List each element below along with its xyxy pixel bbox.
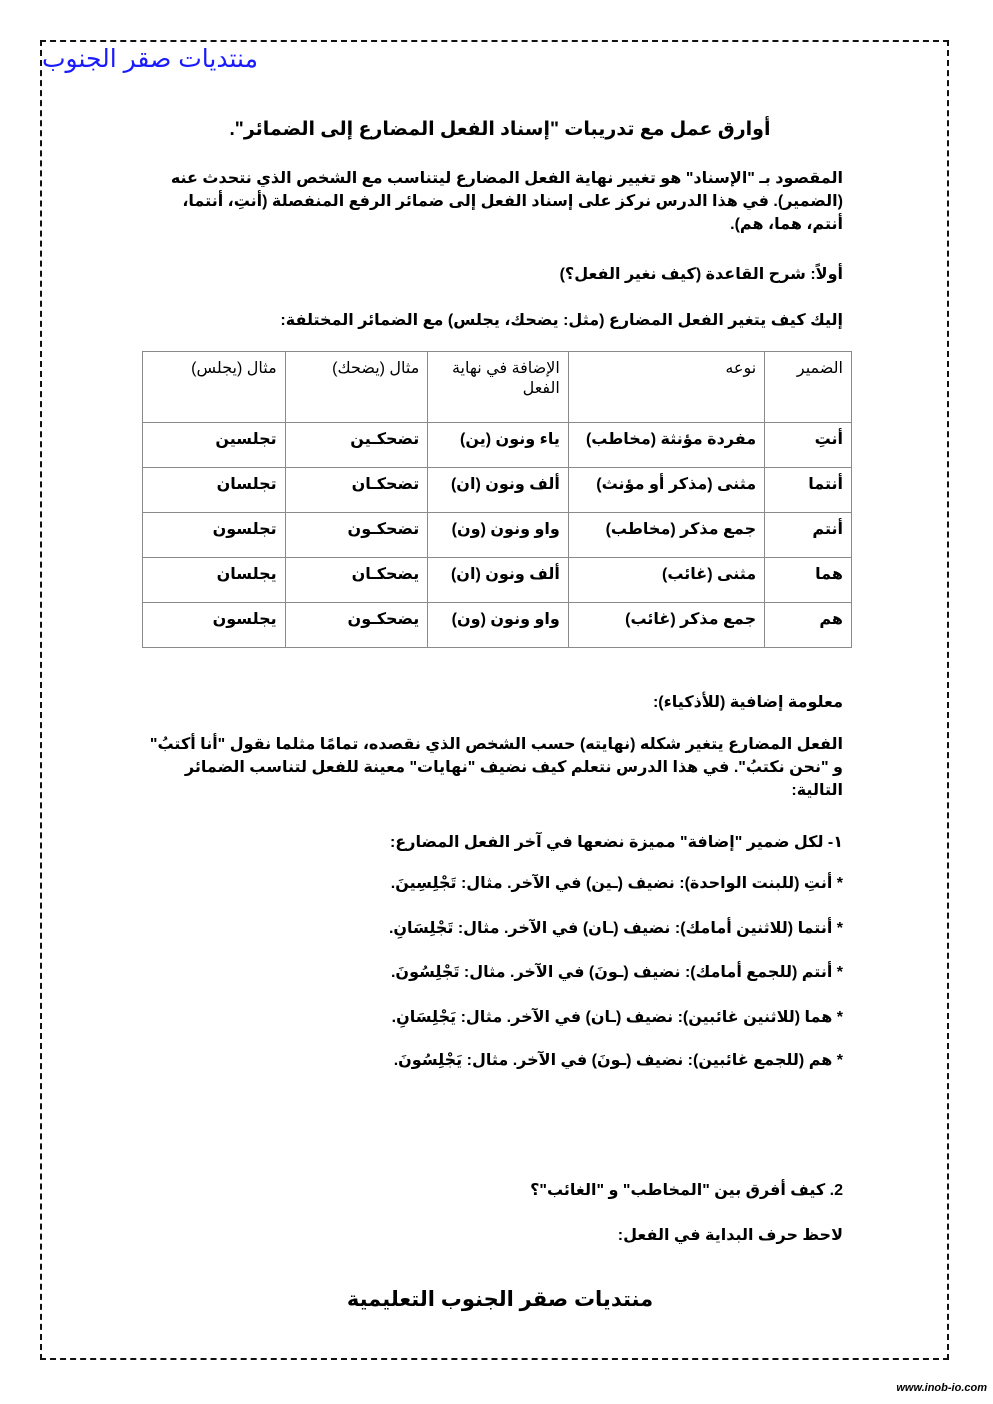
cell-suffix: ألف ونون (ان) xyxy=(428,558,569,603)
cell-example-sit: تجلسين xyxy=(143,423,286,468)
definition-paragraph: المقصود بـ "الإسناد" هو تغيير نهاية الفع… xyxy=(143,167,843,236)
cell-example-sit: تجلسون xyxy=(143,513,286,558)
cell-example-laugh: يضحكـون xyxy=(285,603,428,648)
cell-example-laugh: تضحكـون xyxy=(285,513,428,558)
cell-suffix: ياء ونون (ين) xyxy=(428,423,569,468)
table-row: أنتما مثنى (مذكر أو مؤنث) ألف ونون (ان) … xyxy=(143,468,852,513)
rule-list-item: * هم (للجمع غائبين): نضيف (ـونَ) في الآخ… xyxy=(394,1050,843,1070)
section-heading-rule: أولاً: شرح القاعدة (كيف نغير الفعل؟) xyxy=(560,264,843,284)
header-pronoun: الضمير xyxy=(765,352,852,423)
header-example-laugh: مثال (يضحك) xyxy=(285,352,428,423)
cell-type: مفردة مؤنثة (مخاطب) xyxy=(568,423,764,468)
table-intro: إليك كيف يتغير الفعل المضارع (مثل: يضحك،… xyxy=(280,310,843,330)
rule-list-item: * أنتم (للجمع أمامك): نضيف (ـونَ) في الآ… xyxy=(391,962,843,982)
brand-header: منتديات صقر الجنوب xyxy=(42,42,258,76)
rule-list-item: * أنتِ (للبنت الواحدة): نضيف (ـين) في ال… xyxy=(391,873,843,893)
cell-pronoun: أنتما xyxy=(765,468,852,513)
cell-example-laugh: يضحكـان xyxy=(285,558,428,603)
extra-info-paragraph: الفعل المضارع يتغير شكله (نهايته) حسب ال… xyxy=(143,733,843,802)
cell-example-laugh: تضحكـين xyxy=(285,423,428,468)
cell-example-laugh: تضحكـان xyxy=(285,468,428,513)
header-example-sit: مثال (يجلس) xyxy=(143,352,286,423)
page-title: أوارق عمل مع تدريبات "إسناد الفعل المضار… xyxy=(180,118,820,141)
cell-type: مثنى (مذكر أو مؤنث) xyxy=(568,468,764,513)
cell-suffix: واو ونون (ون) xyxy=(428,513,569,558)
rule-list-item: * هما (للاثنين غائبين): نضيف (ـان) في ال… xyxy=(392,1007,843,1027)
table-row: هما مثنى (غائب) ألف ونون (ان) يضحكـان يج… xyxy=(143,558,852,603)
extra-info-heading: معلومة إضافية (للأذكياء): xyxy=(653,692,843,712)
cell-pronoun: هم xyxy=(765,603,852,648)
cell-suffix: ألف ونون (ان) xyxy=(428,468,569,513)
rule-list-item: * أنتما (للاثنين أمامك): نضيف (ـان) في ا… xyxy=(389,918,843,938)
rule-list-heading: ١- لكل ضمير "إضافة" مميزة نضعها في آخر ا… xyxy=(390,832,843,852)
header-type: نوعه xyxy=(568,352,764,423)
cell-example-sit: يجلسان xyxy=(143,558,286,603)
cell-suffix: واو ونون (ون) xyxy=(428,603,569,648)
cell-pronoun: أنتِ xyxy=(765,423,852,468)
cell-type: جمع مذكر (مخاطب) xyxy=(568,513,764,558)
table-header-row: الضمير نوعه الإضافة في نهاية الفعل مثال … xyxy=(143,352,852,423)
site-url: www.inob-io.com xyxy=(896,1382,987,1394)
table-row: أنتِ مفردة مؤنثة (مخاطب) ياء ونون (ين) ت… xyxy=(143,423,852,468)
cell-pronoun: هما xyxy=(765,558,852,603)
table-row: أنتم جمع مذكر (مخاطب) واو ونون (ون) تضحك… xyxy=(143,513,852,558)
cell-type: جمع مذكر (غائب) xyxy=(568,603,764,648)
cell-pronoun: أنتم xyxy=(765,513,852,558)
section-heading-text: أولاً: شرح القاعدة (كيف نغير الفعل؟) xyxy=(560,266,843,283)
footer-title: منتديات صقر الجنوب التعليمية xyxy=(300,1287,700,1312)
cell-example-sit: يجلسون xyxy=(143,603,286,648)
question-2-heading: 2. كيف أفرق بين "المخاطب" و "الغائب"؟ xyxy=(530,1180,843,1200)
cell-type: مثنى (غائب) xyxy=(568,558,764,603)
table-row: هم جمع مذكر (غائب) واو ونون (ون) يضحكـون… xyxy=(143,603,852,648)
header-suffix: الإضافة في نهاية الفعل xyxy=(428,352,569,423)
conjugation-table: الضمير نوعه الإضافة في نهاية الفعل مثال … xyxy=(142,351,852,648)
observation-note: لاحظ حرف البداية في الفعل: xyxy=(618,1225,843,1245)
cell-example-sit: تجلسان xyxy=(143,468,286,513)
